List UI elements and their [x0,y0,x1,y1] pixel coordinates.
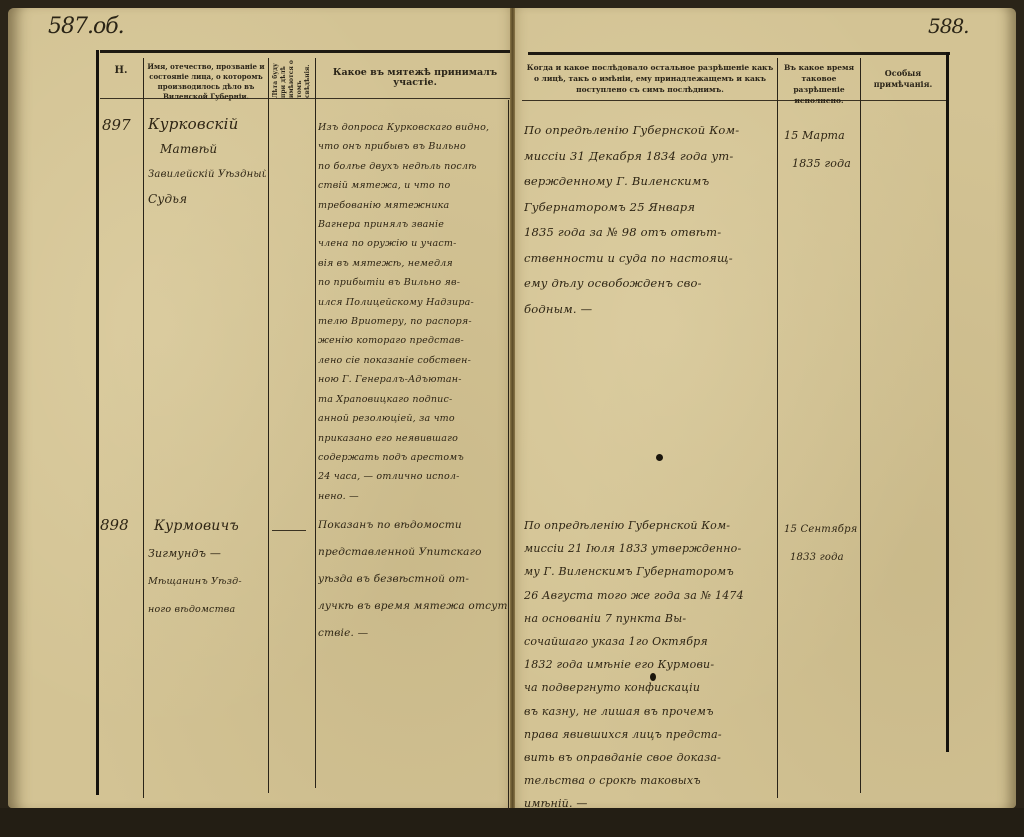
text-line: ною Г. Генералъ-Адъютан- [318,370,508,389]
text-line: ственности и суда по настоящ- [524,246,776,272]
text-line: 15 Сентября [784,516,860,544]
text-line: 1835 года за № 98 отъ отвѣт- [524,220,776,246]
text-line: 1833 года [784,544,860,572]
text-line: лено сіе показаніе собствен- [318,351,508,370]
header-participation: Какое въ мятежѣ принималъ участіе. [322,68,508,88]
name-line: Зигмундъ — [148,540,266,568]
entry-executed-date: 15 Сентября 1833 года [784,516,860,572]
entry-executed-date: 15 Марта 1835 года [784,122,860,178]
entry-resolution: По опредѣленію Губернской Ком- миссіи 31… [524,118,776,322]
text-line: му Г. Виленскимъ Губернаторомъ [524,560,776,583]
entry-name: Курковскій Матвѣй Завилейскій Уѣздный Су… [148,112,266,212]
text-line: нено. — [318,487,508,506]
ink-blot [650,673,656,681]
text-line: сочайшаго указа 1го Октября [524,630,776,653]
col-divider-number [143,58,144,798]
entry-participation: Показанъ по вѣдомости представленной Упи… [318,512,508,647]
text-line: ему дѣлу освобожденъ сво- [524,271,776,297]
header-top-rule-left [100,50,510,53]
text-line: по прибытіи въ Вильно яв- [318,273,508,292]
text-line: Вагнера принялъ званіе [318,215,508,234]
entry-number: 898 [100,516,129,534]
text-line: бодным. — [524,297,776,323]
text-line: требованію мятежника [318,196,508,215]
text-line: содержать подъ арестомъ [318,448,508,467]
header-bottom-rule-right [522,100,948,101]
ink-blot [656,454,663,461]
name-line: Курковскій [148,112,266,137]
left-page-border [96,50,99,795]
entry-number: 897 [102,116,131,134]
col-divider-years [315,58,316,788]
text-line: члена по оружію и участ- [318,234,508,253]
text-line: ился Полицейскому Надзира- [318,293,508,312]
text-line: уѣзда въ безвѣстной от- [318,566,508,593]
text-line: По опредѣленію Губернской Ком- [524,514,776,537]
text-line: вія въ мятежѣ, немедля [318,254,508,273]
text-line: на основаніи 7 пункта Вы- [524,607,776,630]
text-line: тельства о срокѣ таковыхъ [524,769,776,792]
folio-number-right: 588. [928,14,969,38]
text-line: По опредѣленію Губернской Ком- [524,118,776,144]
text-line: что онъ прибывъ въ Вильно [318,137,508,156]
header-top-rule-right [528,52,950,55]
text-line: ствій мятежа, и что по [318,176,508,195]
text-line: вержденному Г. Виленскимъ [524,169,776,195]
header-notes: Особыя примѣчанія. [862,68,944,90]
dash-mark [272,530,306,531]
col-divider-executed [860,58,861,793]
name-line: ного вѣдомства [148,596,266,624]
header-executed: Въ какое время таковое разрѣшеніе исполн… [779,62,859,106]
text-line: лучкѣ въ время мятежа отсут- [318,593,508,620]
text-line: Показанъ по вѣдомости [318,512,508,539]
text-line: приказано его неявившаго [318,429,508,448]
folio-number-left: 587.об. [48,14,124,39]
name-line: Мѣщанинъ Уѣзд- [148,568,266,596]
text-line: 24 часа, — отлично испол- [318,467,508,486]
name-line: Матвѣй [148,137,266,162]
entry-participation: Изъ допроса Курковскаго видно, что онъ п… [318,118,508,506]
text-line: ствіе. — [318,620,508,647]
header-number: Н. [100,66,142,76]
text-line: Губернаторомъ 25 Января [524,195,776,221]
entry-name: Курмовичъ Зигмундъ — Мѣщанинъ Уѣзд- ного… [148,512,266,624]
text-line: вить въ оправданіе свое доказа- [524,746,776,769]
text-line: права явившихся лицъ предста- [524,723,776,746]
text-line: та Храповицкаго подпис- [318,390,508,409]
ledger-spread: 587.об. 588. Н. Имя, отечество, прозвані… [0,0,1024,837]
text-line: имѣній. — [524,792,776,815]
text-line: по болѣе двухъ недѣль послѣ [318,157,508,176]
text-line: 1835 года [784,150,860,178]
header-resolution: Когда и какое послѣдовало остальное разр… [524,62,776,95]
scan-background [0,808,1024,837]
name-line: Судья [148,187,266,212]
name-line: Курмовичъ [148,512,266,540]
name-line: Завилейскій Уѣздный [148,162,266,187]
entry-resolution: По опредѣленію Губернской Ком- миссіи 21… [524,514,776,816]
col-divider-name [268,58,269,793]
header-years: Лѣта буду при дѣлѣ имѣются о томъ свѣдѣн… [272,58,312,98]
text-line: въ казну, не лишая въ прочемъ [524,700,776,723]
right-page-border [946,52,949,752]
col-divider-participation [508,100,509,810]
text-line: представленной Упитскаго [318,539,508,566]
text-line: анной резолюціей, за что [318,409,508,428]
text-line: Изъ допроса Курковскаго видно, [318,118,508,137]
text-line: телю Вриотеру, по распоря- [318,312,508,331]
header-name: Имя, отечество, прозваніе и состояніе ли… [146,62,266,102]
text-line: 15 Марта [784,122,860,150]
book-gutter [510,8,515,808]
text-line: миссіи 21 Іюля 1833 утвержденно- [524,537,776,560]
text-line: миссіи 31 Декабря 1834 года ут- [524,144,776,170]
text-line: 26 Августа того же года за № 1474 [524,584,776,607]
text-line: женію котораго представ- [318,331,508,350]
text-line: 1832 года имѣніе его Курмови- [524,653,776,676]
col-divider-resolution [777,58,778,798]
